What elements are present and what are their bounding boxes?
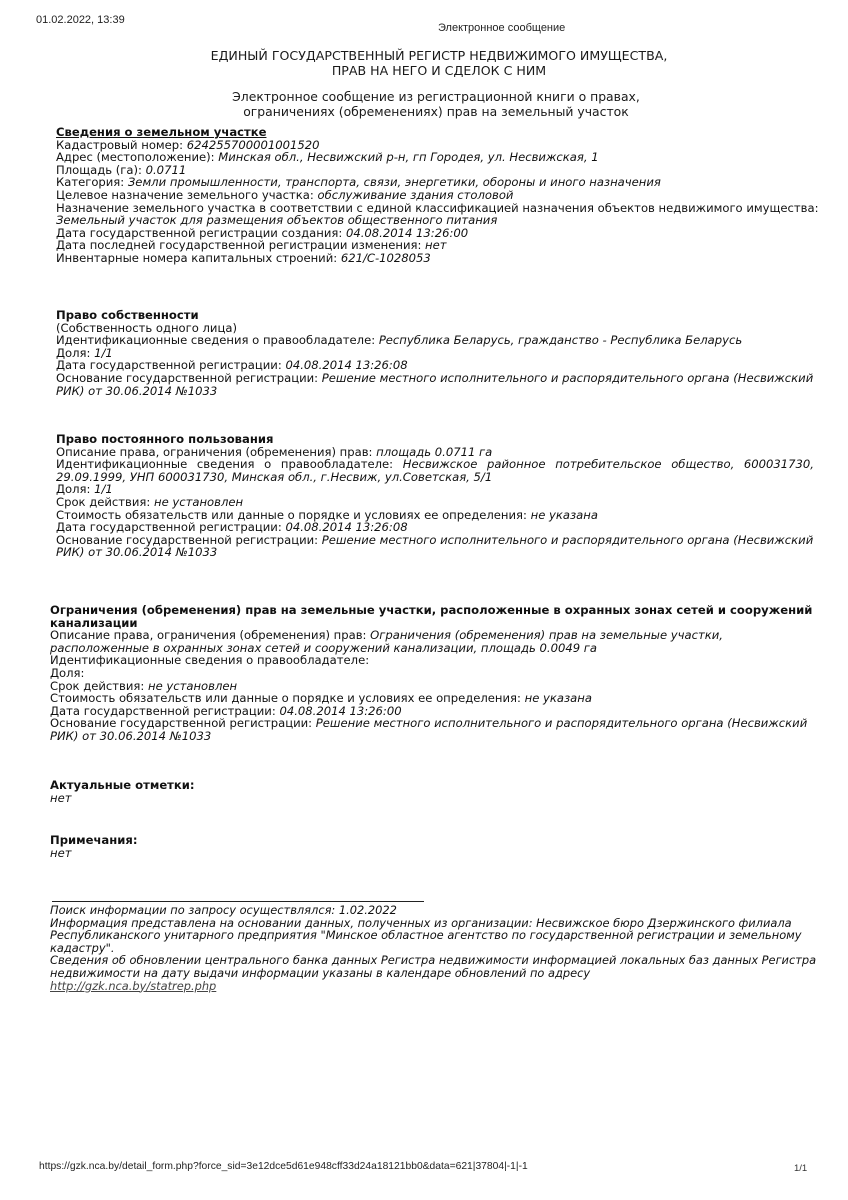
title-line-1: ЕДИНЫЙ ГОСУДАРСТВЕННЫЙ РЕГИСТР НЕДВИЖИМО… (0, 48, 848, 63)
notes-section: Примечания: нет (50, 834, 808, 859)
search-info: Поиск информации по запросу осуществлялс… (50, 904, 820, 917)
print-doc-type: Электронное сообщение (438, 22, 565, 34)
print-datetime: 01.02.2022, 13:39 (36, 14, 125, 26)
holder-row: Идентификационные сведения о правооблада… (56, 458, 814, 483)
purpose-row: Целевое назначение земельного участка: о… (56, 189, 814, 202)
basis-row: Основание государственной регистрации: Р… (56, 372, 814, 397)
basis-row: Основание государственной регистрации: Р… (50, 717, 815, 742)
current-marks-value: нет (50, 792, 808, 805)
basis-row: Основание государственной регистрации: Р… (56, 534, 814, 559)
purpose-value: обслуживание здания столовой (317, 188, 513, 202)
section-heading: Примечания: (50, 834, 808, 847)
restriction-section: Ограничения (обременения) прав на земель… (50, 604, 815, 743)
subtitle-line-1: Электронное сообщение из регистрационной… (0, 89, 848, 104)
current-marks-section: Актуальные отметки: нет (50, 779, 808, 804)
holder-value: Республика Беларусь, гражданство - Респу… (379, 333, 742, 347)
description-row: Описание права, ограничения (обременения… (50, 629, 815, 654)
subtitle-line-2: ограничениях (обременениях) прав на земе… (0, 104, 848, 119)
page-number: 1/1 (794, 1163, 807, 1174)
footer-info: Поиск информации по запросу осуществлялс… (50, 904, 820, 992)
holder-row: Идентификационные сведения о правооблада… (50, 654, 815, 667)
statrep-link[interactable]: http://gzk.nca.by/statrep.php (50, 979, 216, 993)
footer-divider (52, 901, 424, 902)
print-url: https://gzk.nca.by/detail_form.php?force… (39, 1161, 528, 1172)
document-title: ЕДИНЫЙ ГОСУДАРСТВЕННЫЙ РЕГИСТР НЕДВИЖИМО… (0, 48, 848, 78)
section-heading: Право собственности (56, 309, 814, 322)
field-label: Инвентарные номера капитальных строений: (56, 251, 341, 265)
address-value: Минская обл., Несвижский р-н, гп Городея… (218, 150, 598, 164)
ownership-section: Право собственности (Собственность одног… (56, 309, 814, 397)
document-subtitle: Электронное сообщение из регистрационной… (0, 89, 848, 119)
permanent-use-section: Право постоянного пользования Описание п… (56, 433, 814, 559)
notes-value: нет (50, 847, 808, 860)
source-info: Информация представлена на основании дан… (50, 917, 820, 955)
field-label: Целевое назначение земельного участка: (56, 188, 317, 202)
cost-value: не указана (531, 508, 598, 522)
update-info: Сведения об обновлении центрального банк… (50, 954, 820, 979)
title-line-2: ПРАВ НА НЕГО И СДЕЛОК С НИМ (0, 63, 848, 78)
land-plot-section: Сведения о земельном участке Кадастровый… (56, 126, 814, 265)
holder-row: Идентификационные сведения о правооблада… (56, 334, 814, 347)
inventory-row: Инвентарные номера капитальных строений:… (56, 252, 814, 265)
inventory-number: 621/C-1028053 (341, 251, 431, 265)
cost-value: не указана (525, 691, 592, 705)
section-heading: Ограничения (обременения) прав на земель… (50, 604, 815, 629)
section-heading: Актуальные отметки: (50, 779, 808, 792)
